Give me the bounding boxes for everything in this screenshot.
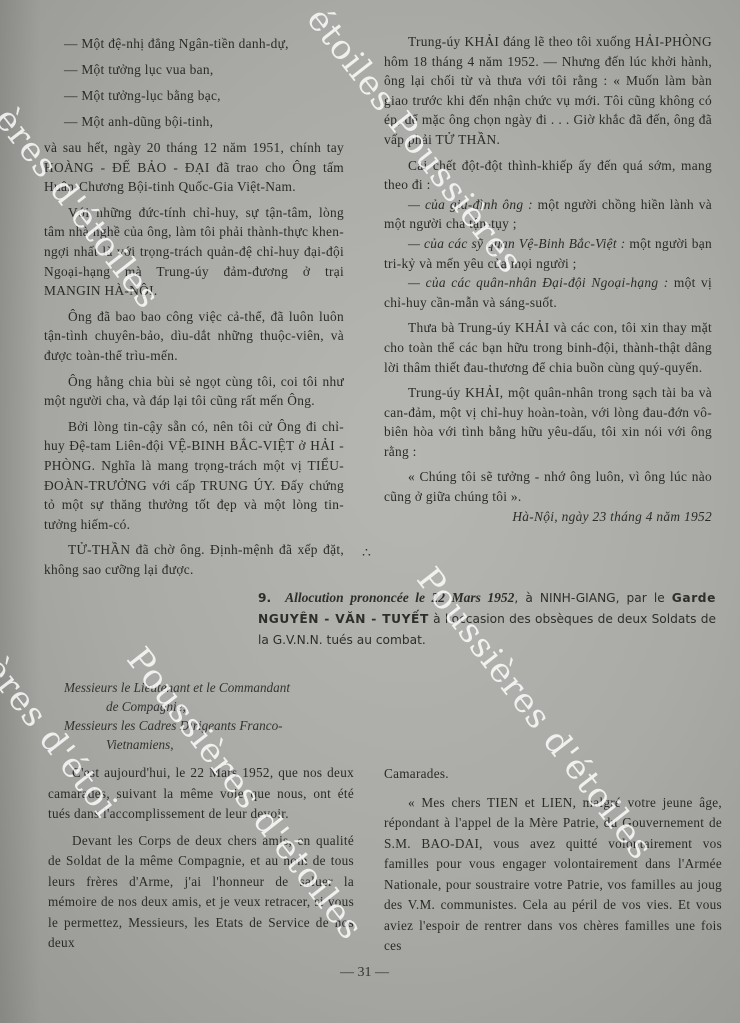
legacy-item: — của các quân-nhân Đại-đội Ngoại-hạng :… — [384, 273, 712, 312]
bottom-right-column: Camarades. « Mes chers TIEN et LIEN, mal… — [384, 764, 722, 963]
quote-paragraph: « Chúng tôi sẽ tưởng - nhớ ông luôn, vì … — [384, 467, 712, 506]
award-item: — Một đệ-nhị đẳng Ngân-tiền danh-dự, — [44, 34, 344, 54]
legacy-lead: — của các sỹ quan Vệ-Binh Bắc-Việt : — [408, 236, 626, 251]
paragraph: Trung-úy KHẢI, một quân-nhân trong sạch … — [384, 383, 712, 461]
salutation: Messieurs le Lieutenant et le Commandant… — [64, 678, 354, 754]
paragraph: Cái chết đột-đột thình-khiếp ấy đến quá … — [384, 156, 712, 195]
award-item: — Một tưởng lục vua ban, — [44, 60, 344, 80]
top-left-column: — Một đệ-nhị đẳng Ngân-tiền danh-dự, — M… — [44, 34, 344, 585]
paragraph: Với những đức-tính chỉ-huy, sự tận-tâm, … — [44, 203, 344, 301]
date-line: Hà-Nội, ngày 23 tháng 4 năm 1952 — [384, 507, 712, 527]
award-item: — Một tưởng-lục bằng bạc, — [44, 86, 344, 106]
scanned-page: — Một đệ-nhị đẳng Ngân-tiền danh-dự, — M… — [0, 0, 740, 1023]
bottom-left-column: C'est aujourd'hui, le 22 Mars 1952, que … — [48, 763, 354, 960]
speaker-name: NGUYÊN - VĂN - TUYẾT — [258, 612, 429, 626]
paragraph: Thưa bà Trung-úy KHẢI và các con, tôi xi… — [384, 318, 712, 377]
salutation-line: de Compagnie, — [64, 697, 354, 716]
section-title-rest: , à NINH-GIANG, par le — [514, 591, 671, 605]
paragraph: « Mes chers TIEN et LIEN, malgré votre j… — [384, 793, 722, 957]
paragraph: C'est aujourd'hui, le 22 Mars 1952, que … — [48, 763, 354, 825]
paragraph: Ông hằng chia bùi sẻ ngọt cùng tôi, coi … — [44, 372, 344, 411]
top-right-column: Trung-úy KHẢI đáng lẽ theo tôi xuống HẢI… — [384, 32, 712, 532]
section-divider: ∴ — [362, 545, 372, 562]
section-number: 9. — [258, 591, 271, 605]
page-edge-shadow — [0, 0, 40, 1023]
legacy-lead: — của gia-đình ông : — [408, 197, 533, 212]
award-item: — Một anh-dũng bội-tinh, — [44, 112, 344, 132]
paragraph: Bởi lòng tin-cậy sẵn có, nên tôi cử Ông … — [44, 417, 344, 535]
section-heading: 9.Allocution prononcée le 22 Mars 1952, … — [258, 587, 716, 651]
speaker-rank: Garde — [672, 591, 716, 605]
paragraph: Ông đã bao bao công việc cả-thể, đã luôn… — [44, 307, 344, 366]
paragraph: Devant les Corps de deux chers amis, en … — [48, 831, 354, 954]
salutation-line: Messieurs le Lieutenant et le Commandant — [64, 678, 354, 697]
legacy-item: — của các sỹ quan Vệ-Binh Bắc-Việt : một… — [384, 234, 712, 273]
salutation-line: Vietnamiens, — [64, 735, 354, 754]
legacy-lead: — của các quân-nhân Đại-đội Ngoại-hạng : — [408, 275, 668, 290]
salutation-line: Messieurs les Cadres Dirigeants Franco- — [64, 716, 354, 735]
section-title: Allocution prononcée le 22 Mars 1952 — [285, 590, 514, 605]
paragraph: và sau hết, ngày 20 tháng 12 năm 1951, c… — [44, 138, 344, 197]
paragraph-start: Camarades. — [384, 764, 722, 785]
legacy-item: — của gia-đình ông : một người chồng hiề… — [384, 195, 712, 234]
paragraph: Trung-úy KHẢI đáng lẽ theo tôi xuống HẢI… — [384, 32, 712, 150]
page-number: — 31 — — [340, 965, 389, 981]
paragraph: TỬ-THẦN đã chờ ông. Định-mệnh đã xếp đặt… — [44, 540, 344, 579]
